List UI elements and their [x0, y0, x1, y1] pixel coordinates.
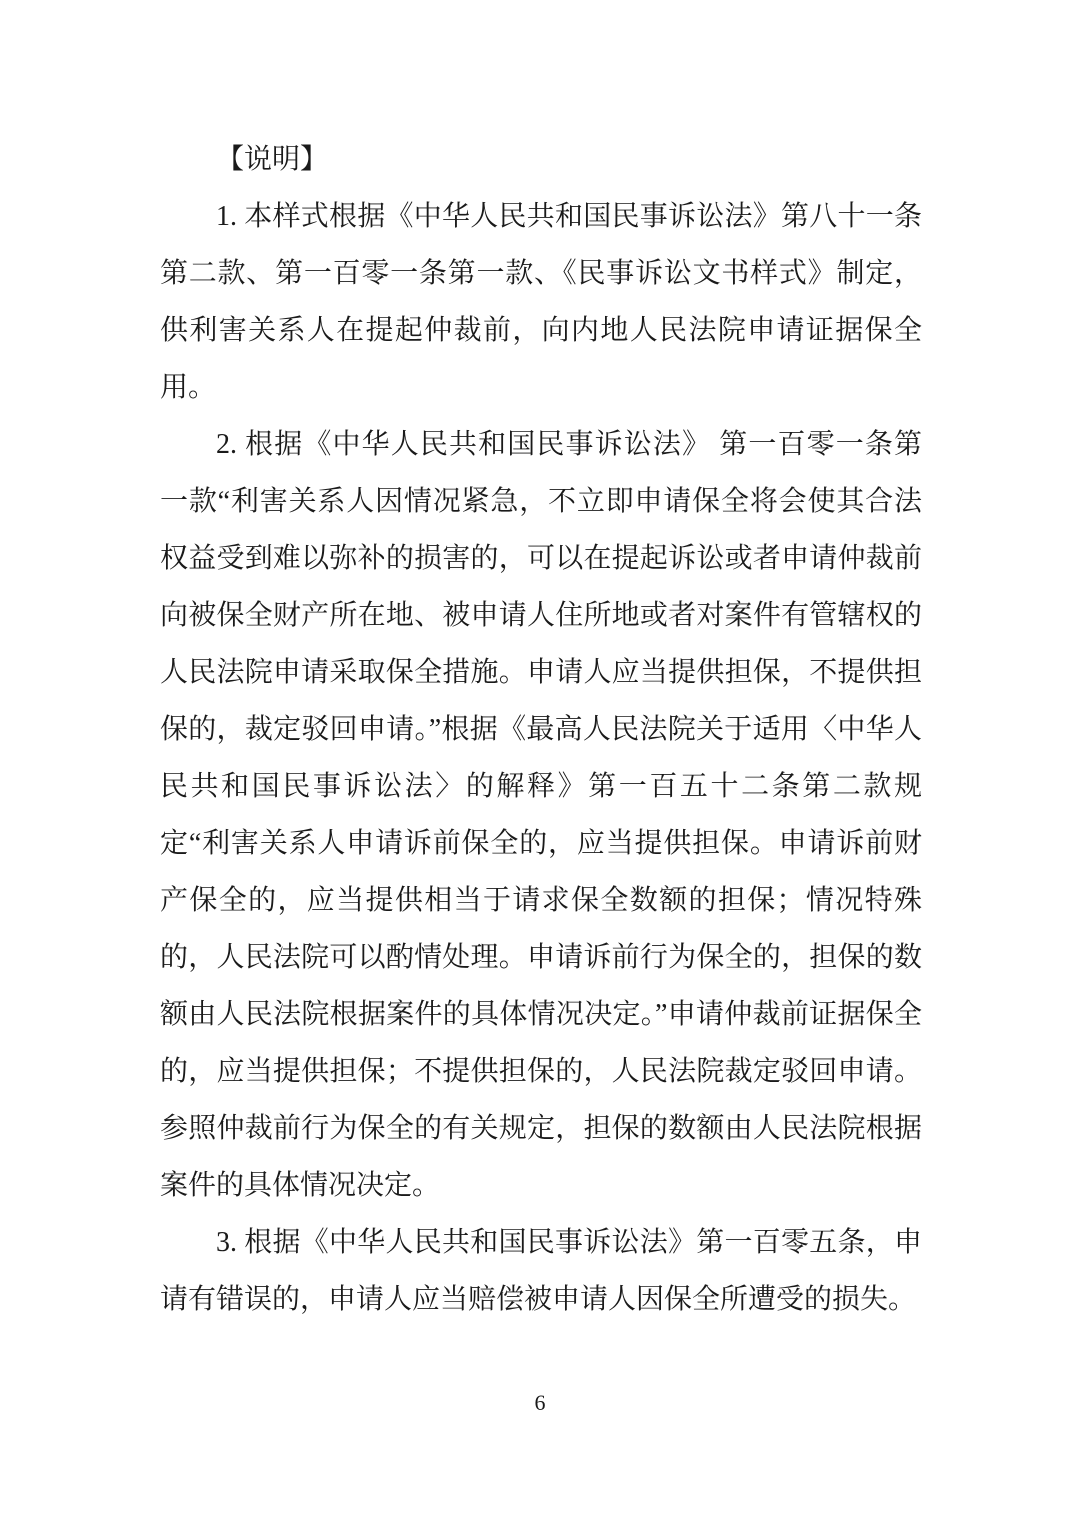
- paragraph-note-2: 2. 根据《中华人民共和国民事诉讼法》 第一百零一条第一款“利害关系人因情况紧急…: [160, 416, 922, 1214]
- section-heading: 【说明】: [160, 131, 922, 188]
- paragraph-note-1: 1. 本样式根据《中华人民共和国民事诉讼法》第八十一条第二款、第一百零一条第一款…: [160, 188, 922, 416]
- paragraph-note-3: 3. 根据《中华人民共和国民事诉讼法》第一百零五条，申请有错误的，申请人应当赔偿…: [160, 1214, 922, 1328]
- document-page: 【说明】 1. 本样式根据《中华人民共和国民事诉讼法》第八十一条第二款、第一百零…: [0, 0, 1080, 1527]
- document-body: 【说明】 1. 本样式根据《中华人民共和国民事诉讼法》第八十一条第二款、第一百零…: [160, 131, 922, 1328]
- page-number: 6: [0, 1388, 1080, 1418]
